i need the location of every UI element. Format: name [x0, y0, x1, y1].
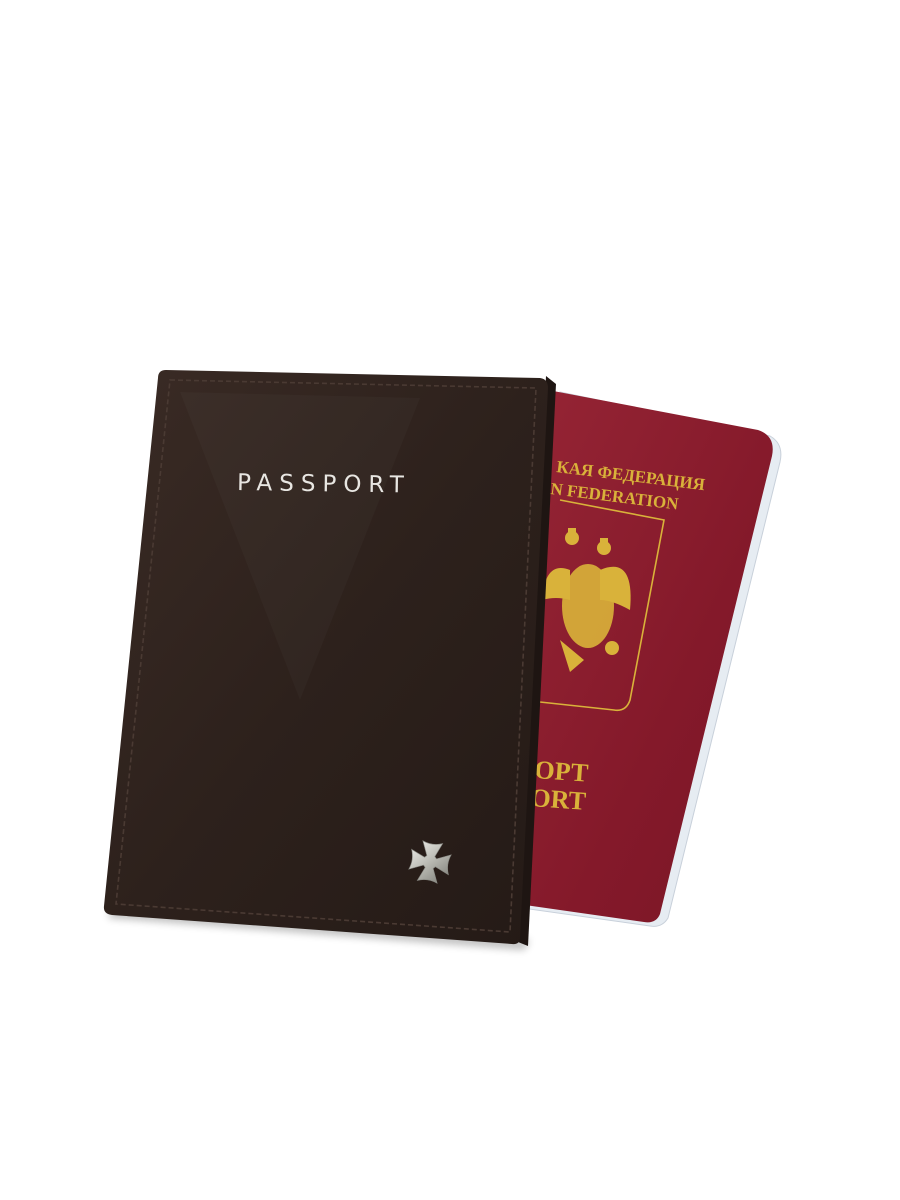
- leather-passport-cover: PASSPORT: [104, 370, 556, 946]
- passport-doc-en: ORT: [530, 783, 587, 816]
- product-photo: КАЯ ФЕДЕРАЦИЯ N FEDERATION ОРТ ORT: [0, 0, 900, 1200]
- passport: КАЯ ФЕДЕРАЦИЯ N FEDERATION ОРТ ORT: [518, 390, 781, 926]
- cover-title: PASSPORT: [237, 470, 411, 498]
